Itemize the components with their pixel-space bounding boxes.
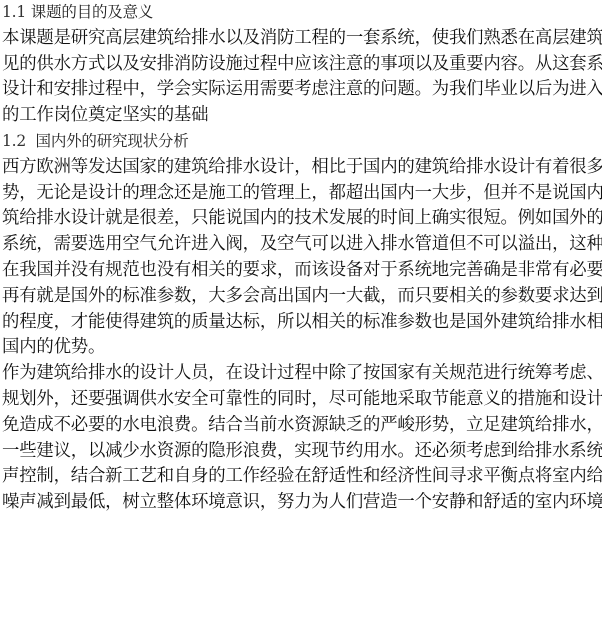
- text-line: 噪声减到最低，树立整体环境意识，努力为人们营造一个安静和舒适的室内环境。: [2, 490, 602, 516]
- text-line: 规划外，还要强调供水安全可靠性的同时，尽可能地采取节能意义的措施和设计，以: [2, 387, 602, 413]
- text-line: 本课题是研究高层建筑给排水以及消防工程的一套系统，使我们熟悉在高层建筑中常: [2, 26, 602, 52]
- paragraph: 本课题是研究高层建筑给排水以及消防工程的一套系统，使我们熟悉在高层建筑中常 见的…: [2, 26, 602, 129]
- paragraph: 西方欧洲等发达国家的建筑给排水设计，相比于国内的建筑给排水设计有着很多的优 势，…: [2, 155, 602, 361]
- document-body: 1.1 课题的目的及意义 本课题是研究高层建筑给排水以及消防工程的一套系统，使我…: [2, 0, 602, 516]
- text-line: 一些建议，以减少水资源的隐形浪费，实现节约用水。还必须考虑到给排水系统的噪: [2, 439, 602, 465]
- text-line: 的程度，才能使得建筑的质量达标，所以相关的标准参数也是国外建筑给排水相比于: [2, 310, 602, 336]
- heading-number: 1.1: [2, 3, 26, 21]
- text-line: 的工作岗位奠定坚实的基础: [2, 103, 602, 129]
- text-line: 西方欧洲等发达国家的建筑给排水设计，相比于国内的建筑给排水设计有着很多的优: [2, 155, 602, 181]
- text-line: 再有就是国外的标准参数，大多会高出国内一大截，而只要相关的参数要求达到较高: [2, 284, 602, 310]
- section-heading-1-2: 1.2 国内外的研究现状分析: [2, 129, 602, 155]
- text-line: 作为建筑给排水的设计人员，在设计过程中除了按国家有关规范进行统筹考虑、全面: [2, 361, 602, 387]
- paragraph: 作为建筑给排水的设计人员，在设计过程中除了按国家有关规范进行统筹考虑、全面 规划…: [2, 361, 602, 516]
- text-line: 见的供水方式以及安排消防设施过程中应该注意的事项以及重要内容。从这套系统的: [2, 52, 602, 78]
- text-line: 国内的优势。: [2, 335, 602, 361]
- text-line: 声控制，结合新工艺和自身的工作经验在舒适性和经济性间寻求平衡点将室内给排水: [2, 464, 602, 490]
- text-line: 筑给排水设计就是很差，只能说国内的技术发展的时间上确实很短。例如国外的排水: [2, 206, 602, 232]
- text-line: 在我国并没有规范也没有相关的要求，而该设备对于系统地完善确是非常有必要的。: [2, 258, 602, 284]
- text-line: 系统，需要选用空气允许进入阀，及空气可以进入排水管道但不可以溢出，这种设备，: [2, 232, 602, 258]
- section-heading-1-1: 1.1 课题的目的及意义: [2, 0, 602, 26]
- heading-title: 国内外的研究现状分析: [36, 132, 189, 150]
- text-line: 免造成不必要的水电浪费。结合当前水资源缺乏的严峻形势，立足建筑给排水，提出: [2, 413, 602, 439]
- heading-number: 1.2: [2, 132, 26, 150]
- heading-title: 课题的目的及意义: [31, 3, 153, 21]
- text-line: 势，无论是设计的理念还是施工的管理上，都超出国内一大步，但并不是说国内的建: [2, 181, 602, 207]
- text-line: 设计和安排过程中，学会实际运用需要考虑注意的问题。为我们毕业以后为进入实际: [2, 77, 602, 103]
